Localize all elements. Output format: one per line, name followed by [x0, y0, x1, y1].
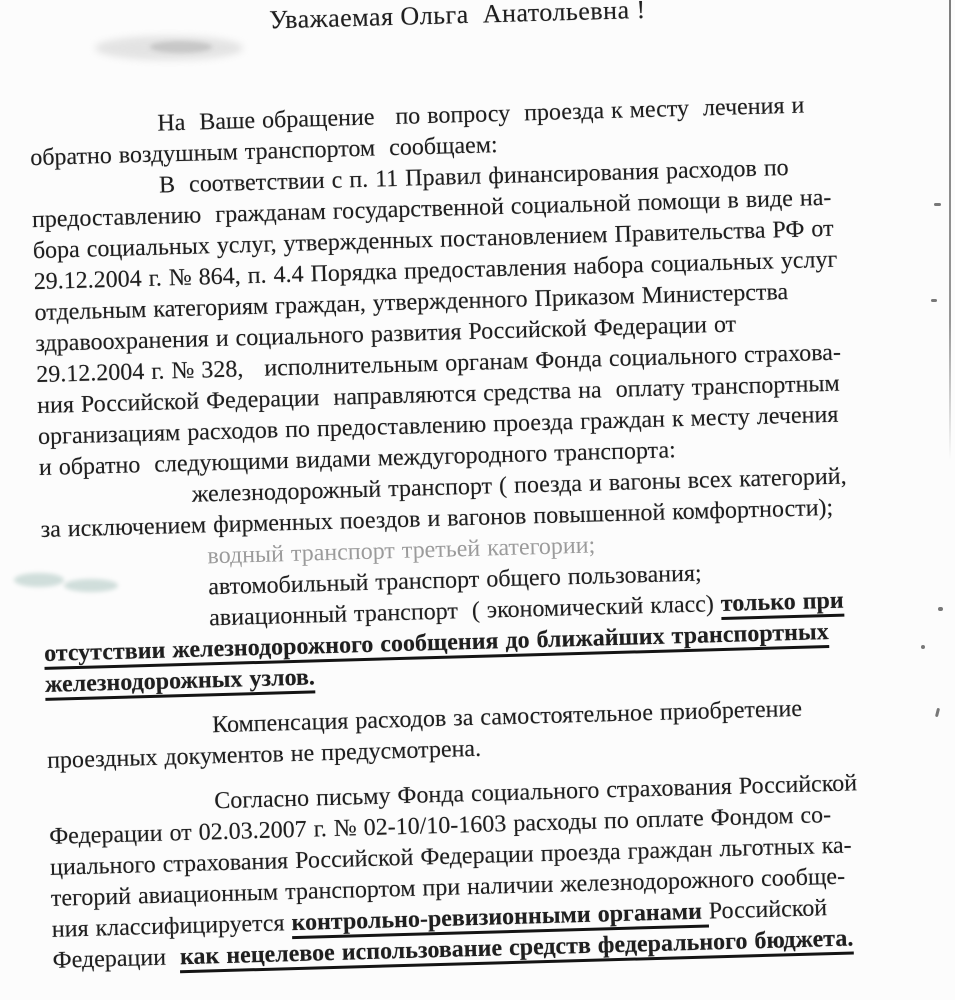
scanned-letter-page: Уважаемая Ольга Анатольевна ! На Ваше об… [0, 0, 955, 1000]
scan-speck [934, 203, 941, 206]
scan-edge-line [949, 0, 951, 460]
scan-speck [938, 607, 943, 611]
scan-speck [931, 299, 937, 302]
emphasized-text: только при [720, 588, 844, 620]
letter-body: На Ваше обращение по вопросу проезда к м… [29, 87, 945, 977]
letter-content: Уважаемая Ольга Анатольевна ! На Ваше об… [26, 0, 945, 977]
text-segment: Российской [708, 895, 827, 924]
letter-salutation: Уважаемая Ольга Анатольевна ! [26, 0, 889, 44]
emphasized-text: железнодорожных узлов. [45, 664, 316, 701]
text-segment: ния классифицируется [51, 910, 291, 943]
text-segment: Федерации [52, 944, 180, 974]
